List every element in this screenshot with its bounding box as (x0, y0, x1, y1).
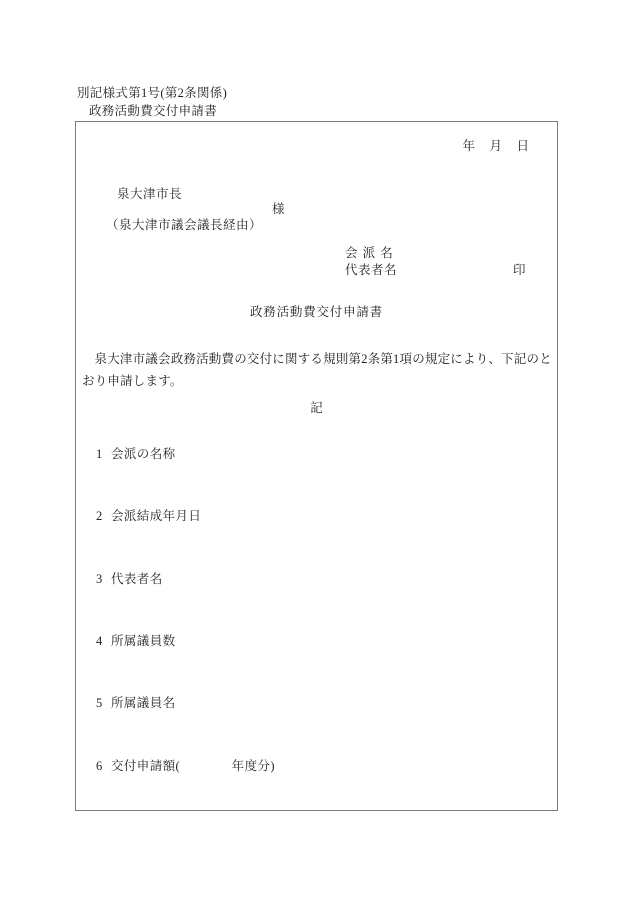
addressee-name: 泉大津市長 (117, 184, 182, 202)
representative-name-label: 代表者名 (345, 260, 397, 278)
document-title: 政務活動費交付申請書 (76, 302, 557, 320)
form-border-box: 年 月 日 泉大津市長 様 （泉大津市議会議長経由） 会 派 名 代表者名 印 … (75, 121, 558, 811)
ki-heading: 記 (76, 398, 557, 416)
item-number: 4 (96, 634, 111, 649)
list-item-representative: 3代表者名 (96, 569, 163, 587)
item-label: 所属議員名 (111, 696, 176, 710)
item-number: 5 (96, 696, 111, 711)
item-label: 会派結成年月日 (111, 509, 201, 523)
list-item-application-amount: 6交付申請額( 年度分) (96, 756, 275, 774)
faction-name-label: 会 派 名 (345, 243, 394, 261)
list-item-formation-date: 2会派結成年月日 (96, 506, 201, 524)
honorific-sama: 様 (272, 199, 285, 217)
item-label: 交付申請額( 年度分) (111, 759, 275, 773)
item-label: 会派の名称 (111, 447, 176, 461)
document-page: 別記様式第1号(第2条関係) 政務活動費交付申請書 年 月 日 泉大津市長 様 … (0, 0, 630, 915)
via-note: （泉大津市議会議長経由） (106, 215, 262, 233)
item-number: 2 (96, 509, 111, 524)
list-item-faction-name: 1会派の名称 (96, 444, 176, 462)
date-line: 年 月 日 (462, 136, 530, 154)
form-style-note: 別記様式第1号(第2条関係) (77, 83, 227, 101)
item-number: 6 (96, 759, 111, 774)
item-number: 1 (96, 447, 111, 462)
list-item-member-names: 5所属議員名 (96, 693, 176, 711)
form-name-note: 政務活動費交付申請書 (89, 101, 217, 119)
list-item-member-count: 4所属議員数 (96, 631, 176, 649)
item-label: 代表者名 (111, 572, 163, 586)
seal-mark: 印 (513, 260, 526, 278)
item-label: 所属議員数 (111, 634, 176, 648)
item-number: 3 (96, 572, 111, 587)
body-paragraph: 泉大津市議会政務活動費の交付に関する規則第2条第1項の規定により、下記のとおり申… (82, 348, 552, 392)
